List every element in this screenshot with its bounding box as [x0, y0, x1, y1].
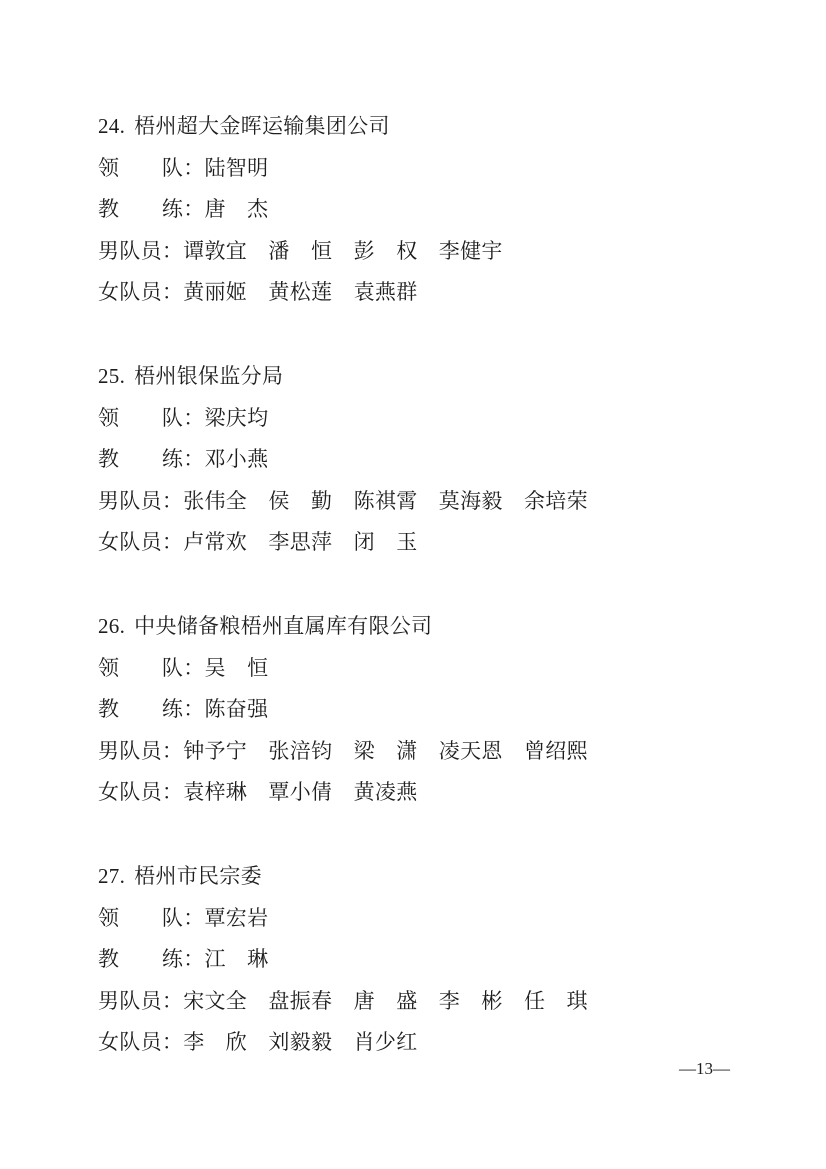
team-name: 梧州超大金晖运输集团公司 — [134, 114, 390, 138]
female-members-names: 袁梓琳 覃小倩 黄凌燕 — [183, 780, 417, 804]
female-members-label: 女队员： — [98, 530, 183, 554]
male-members-line: 男队员：宋文全 盘振春 唐 盛 李 彬 任 琪 — [98, 981, 766, 1023]
team-number: 26. — [98, 606, 125, 648]
female-members-names: 黄丽姬 黄松莲 袁燕群 — [183, 280, 417, 304]
male-members-label: 男队员： — [98, 739, 183, 763]
coach-line: 教 练：唐 杰 — [98, 189, 766, 231]
leader-line: 领 队：吴 恒 — [98, 648, 766, 690]
leader-line: 领 队：陆智明 — [98, 148, 766, 190]
team-section-27: 27.梧州市民宗委 领 队：覃宏岩 教 练：江 琳 男队员：宋文全 盘振春 唐 … — [98, 856, 766, 1064]
female-members-label: 女队员： — [98, 1030, 183, 1054]
leader-name: 吴 恒 — [205, 656, 269, 680]
female-members-label: 女队员： — [98, 780, 183, 804]
coach-label: 教 练： — [98, 947, 205, 971]
roster-content: 24.梧州超大金晖运输集团公司 领 队：陆智明 教 练：唐 杰 男队员：谭敦宜 … — [98, 106, 766, 1106]
coach-line: 教 练：邓小燕 — [98, 439, 766, 481]
coach-name: 唐 杰 — [205, 197, 269, 221]
male-members-label: 男队员： — [98, 239, 183, 263]
coach-label: 教 练： — [98, 447, 205, 471]
female-members-line: 女队员：卢常欢 李思萍 闭 玉 — [98, 522, 766, 564]
leader-label: 领 队： — [98, 906, 205, 930]
coach-line: 教 练：陈奋强 — [98, 689, 766, 731]
female-members-line: 女队员：黄丽姬 黄松莲 袁燕群 — [98, 272, 766, 314]
coach-line: 教 练：江 琳 — [98, 939, 766, 981]
leader-name: 覃宏岩 — [205, 906, 269, 930]
team-title-line: 26.中央储备粮梧州直属库有限公司 — [98, 606, 766, 648]
leader-line: 领 队：梁庆均 — [98, 398, 766, 440]
team-section-25: 25.梧州银保监分局 领 队：梁庆均 教 练：邓小燕 男队员：张伟全 侯 勤 陈… — [98, 356, 766, 564]
male-members-names: 钟予宁 张涪钧 梁 潇 凌天恩 曾绍熙 — [183, 739, 588, 763]
leader-line: 领 队：覃宏岩 — [98, 898, 766, 940]
male-members-names: 谭敦宜 潘 恒 彭 权 李健宇 — [183, 239, 503, 263]
leader-label: 领 队： — [98, 406, 205, 430]
male-members-line: 男队员：张伟全 侯 勤 陈祺霄 莫海毅 余培荣 — [98, 481, 766, 523]
male-members-line: 男队员：谭敦宜 潘 恒 彭 权 李健宇 — [98, 231, 766, 273]
leader-label: 领 队： — [98, 156, 205, 180]
coach-name: 江 琳 — [205, 947, 269, 971]
team-number: 27. — [98, 856, 125, 898]
team-section-26: 26.中央储备粮梧州直属库有限公司 领 队：吴 恒 教 练：陈奋强 男队员：钟予… — [98, 606, 766, 814]
female-members-names: 李 欣 刘毅毅 肖少红 — [183, 1030, 417, 1054]
leader-name: 陆智明 — [205, 156, 269, 180]
female-members-names: 卢常欢 李思萍 闭 玉 — [183, 530, 417, 554]
team-title-line: 24.梧州超大金晖运输集团公司 — [98, 106, 766, 148]
team-title-line: 27.梧州市民宗委 — [98, 856, 766, 898]
male-members-label: 男队员： — [98, 489, 183, 513]
page-number: —13— — [679, 1058, 730, 1080]
female-members-line: 女队员：袁梓琳 覃小倩 黄凌燕 — [98, 772, 766, 814]
document-page: 24.梧州超大金晖运输集团公司 领 队：陆智明 教 练：唐 杰 男队员：谭敦宜 … — [0, 0, 826, 1169]
male-members-line: 男队员：钟予宁 张涪钧 梁 潇 凌天恩 曾绍熙 — [98, 731, 766, 773]
female-members-line: 女队员：李 欣 刘毅毅 肖少红 — [98, 1022, 766, 1064]
team-name: 梧州银保监分局 — [134, 364, 283, 388]
team-title-line: 25.梧州银保监分局 — [98, 356, 766, 398]
leader-name: 梁庆均 — [205, 406, 269, 430]
male-members-names: 张伟全 侯 勤 陈祺霄 莫海毅 余培荣 — [183, 489, 588, 513]
coach-label: 教 练： — [98, 197, 205, 221]
coach-name: 陈奋强 — [205, 697, 269, 721]
leader-label: 领 队： — [98, 656, 205, 680]
coach-label: 教 练： — [98, 697, 205, 721]
team-name: 梧州市民宗委 — [134, 864, 262, 888]
team-section-24: 24.梧州超大金晖运输集团公司 领 队：陆智明 教 练：唐 杰 男队员：谭敦宜 … — [98, 106, 766, 314]
coach-name: 邓小燕 — [205, 447, 269, 471]
team-name: 中央储备粮梧州直属库有限公司 — [134, 614, 432, 638]
male-members-label: 男队员： — [98, 989, 183, 1013]
male-members-names: 宋文全 盘振春 唐 盛 李 彬 任 琪 — [183, 989, 588, 1013]
team-number: 24. — [98, 106, 125, 148]
female-members-label: 女队员： — [98, 280, 183, 304]
team-number: 25. — [98, 356, 125, 398]
